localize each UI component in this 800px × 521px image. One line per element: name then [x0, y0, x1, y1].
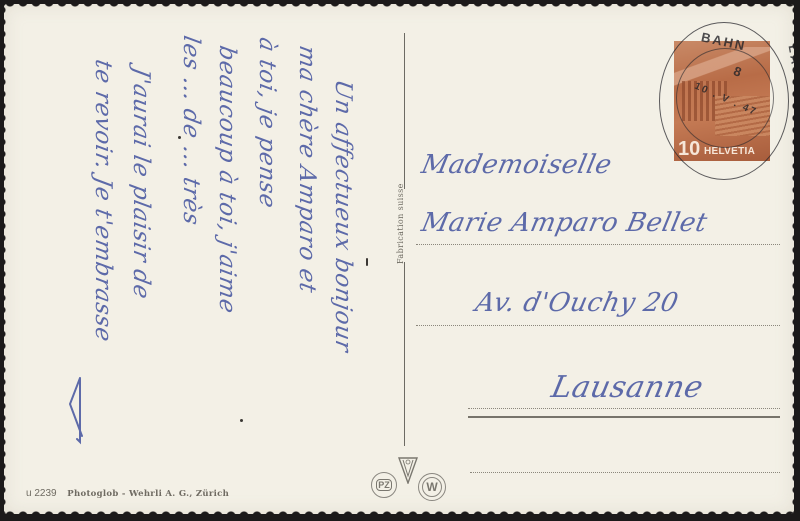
- ink-dot: [240, 419, 243, 422]
- divider-line-top: [404, 33, 405, 189]
- message-line-4: beaucoup à toi, j'aime: [214, 43, 240, 315]
- ink-dot: [178, 136, 181, 139]
- message-line-3: à toi, je pense: [254, 35, 280, 210]
- address-line-3: [468, 408, 780, 409]
- publisher-imprint: u 2239 Photoglob - Wehrli A. G., Zürich: [26, 488, 229, 499]
- pz-logo-text: PZ: [376, 479, 392, 491]
- v-logo-icon: [398, 456, 418, 484]
- deckle-edge-left: [4, 4, 9, 514]
- address-line-1: [416, 244, 780, 245]
- pz-logo-icon: PZ: [371, 472, 397, 498]
- ink-dot: [366, 258, 368, 266]
- address-city: Lausanne: [548, 370, 706, 405]
- message-line-1: Un affectueux bonjour: [330, 77, 356, 354]
- address-street: Av. d'Ouchy 20: [473, 288, 681, 318]
- signature-mark: [68, 376, 84, 446]
- address-line-4: [470, 472, 780, 473]
- address-line-2: [416, 325, 780, 326]
- w-logo-text: W: [422, 477, 442, 497]
- card-number: u 2239: [26, 488, 57, 499]
- deckle-edge-top: [4, 4, 794, 10]
- publisher-name: Photoglob - Wehrli A. G., Zürich: [67, 489, 229, 499]
- message-line-6: J'aurai le plaisir de: [128, 65, 154, 301]
- w-logo-icon: W: [418, 473, 446, 501]
- fabrication-label: Fabrication suisse: [396, 183, 405, 264]
- deckle-edge-bottom: [4, 508, 794, 514]
- message-line-5: les ... de ... très: [178, 33, 204, 227]
- postcard-back: Un affectueux bonjour ma chère Amparo et…: [4, 4, 794, 514]
- address-city-underline: [468, 416, 780, 418]
- divider-line-bottom: [404, 262, 405, 446]
- message-line-7: te revoir. Je t'embrasse: [90, 57, 116, 343]
- message-line-2: ma chère Amparo et: [294, 43, 320, 295]
- address-salutation: Mademoiselle: [419, 150, 615, 180]
- address-name: Marie Amparo Bellet: [419, 208, 710, 238]
